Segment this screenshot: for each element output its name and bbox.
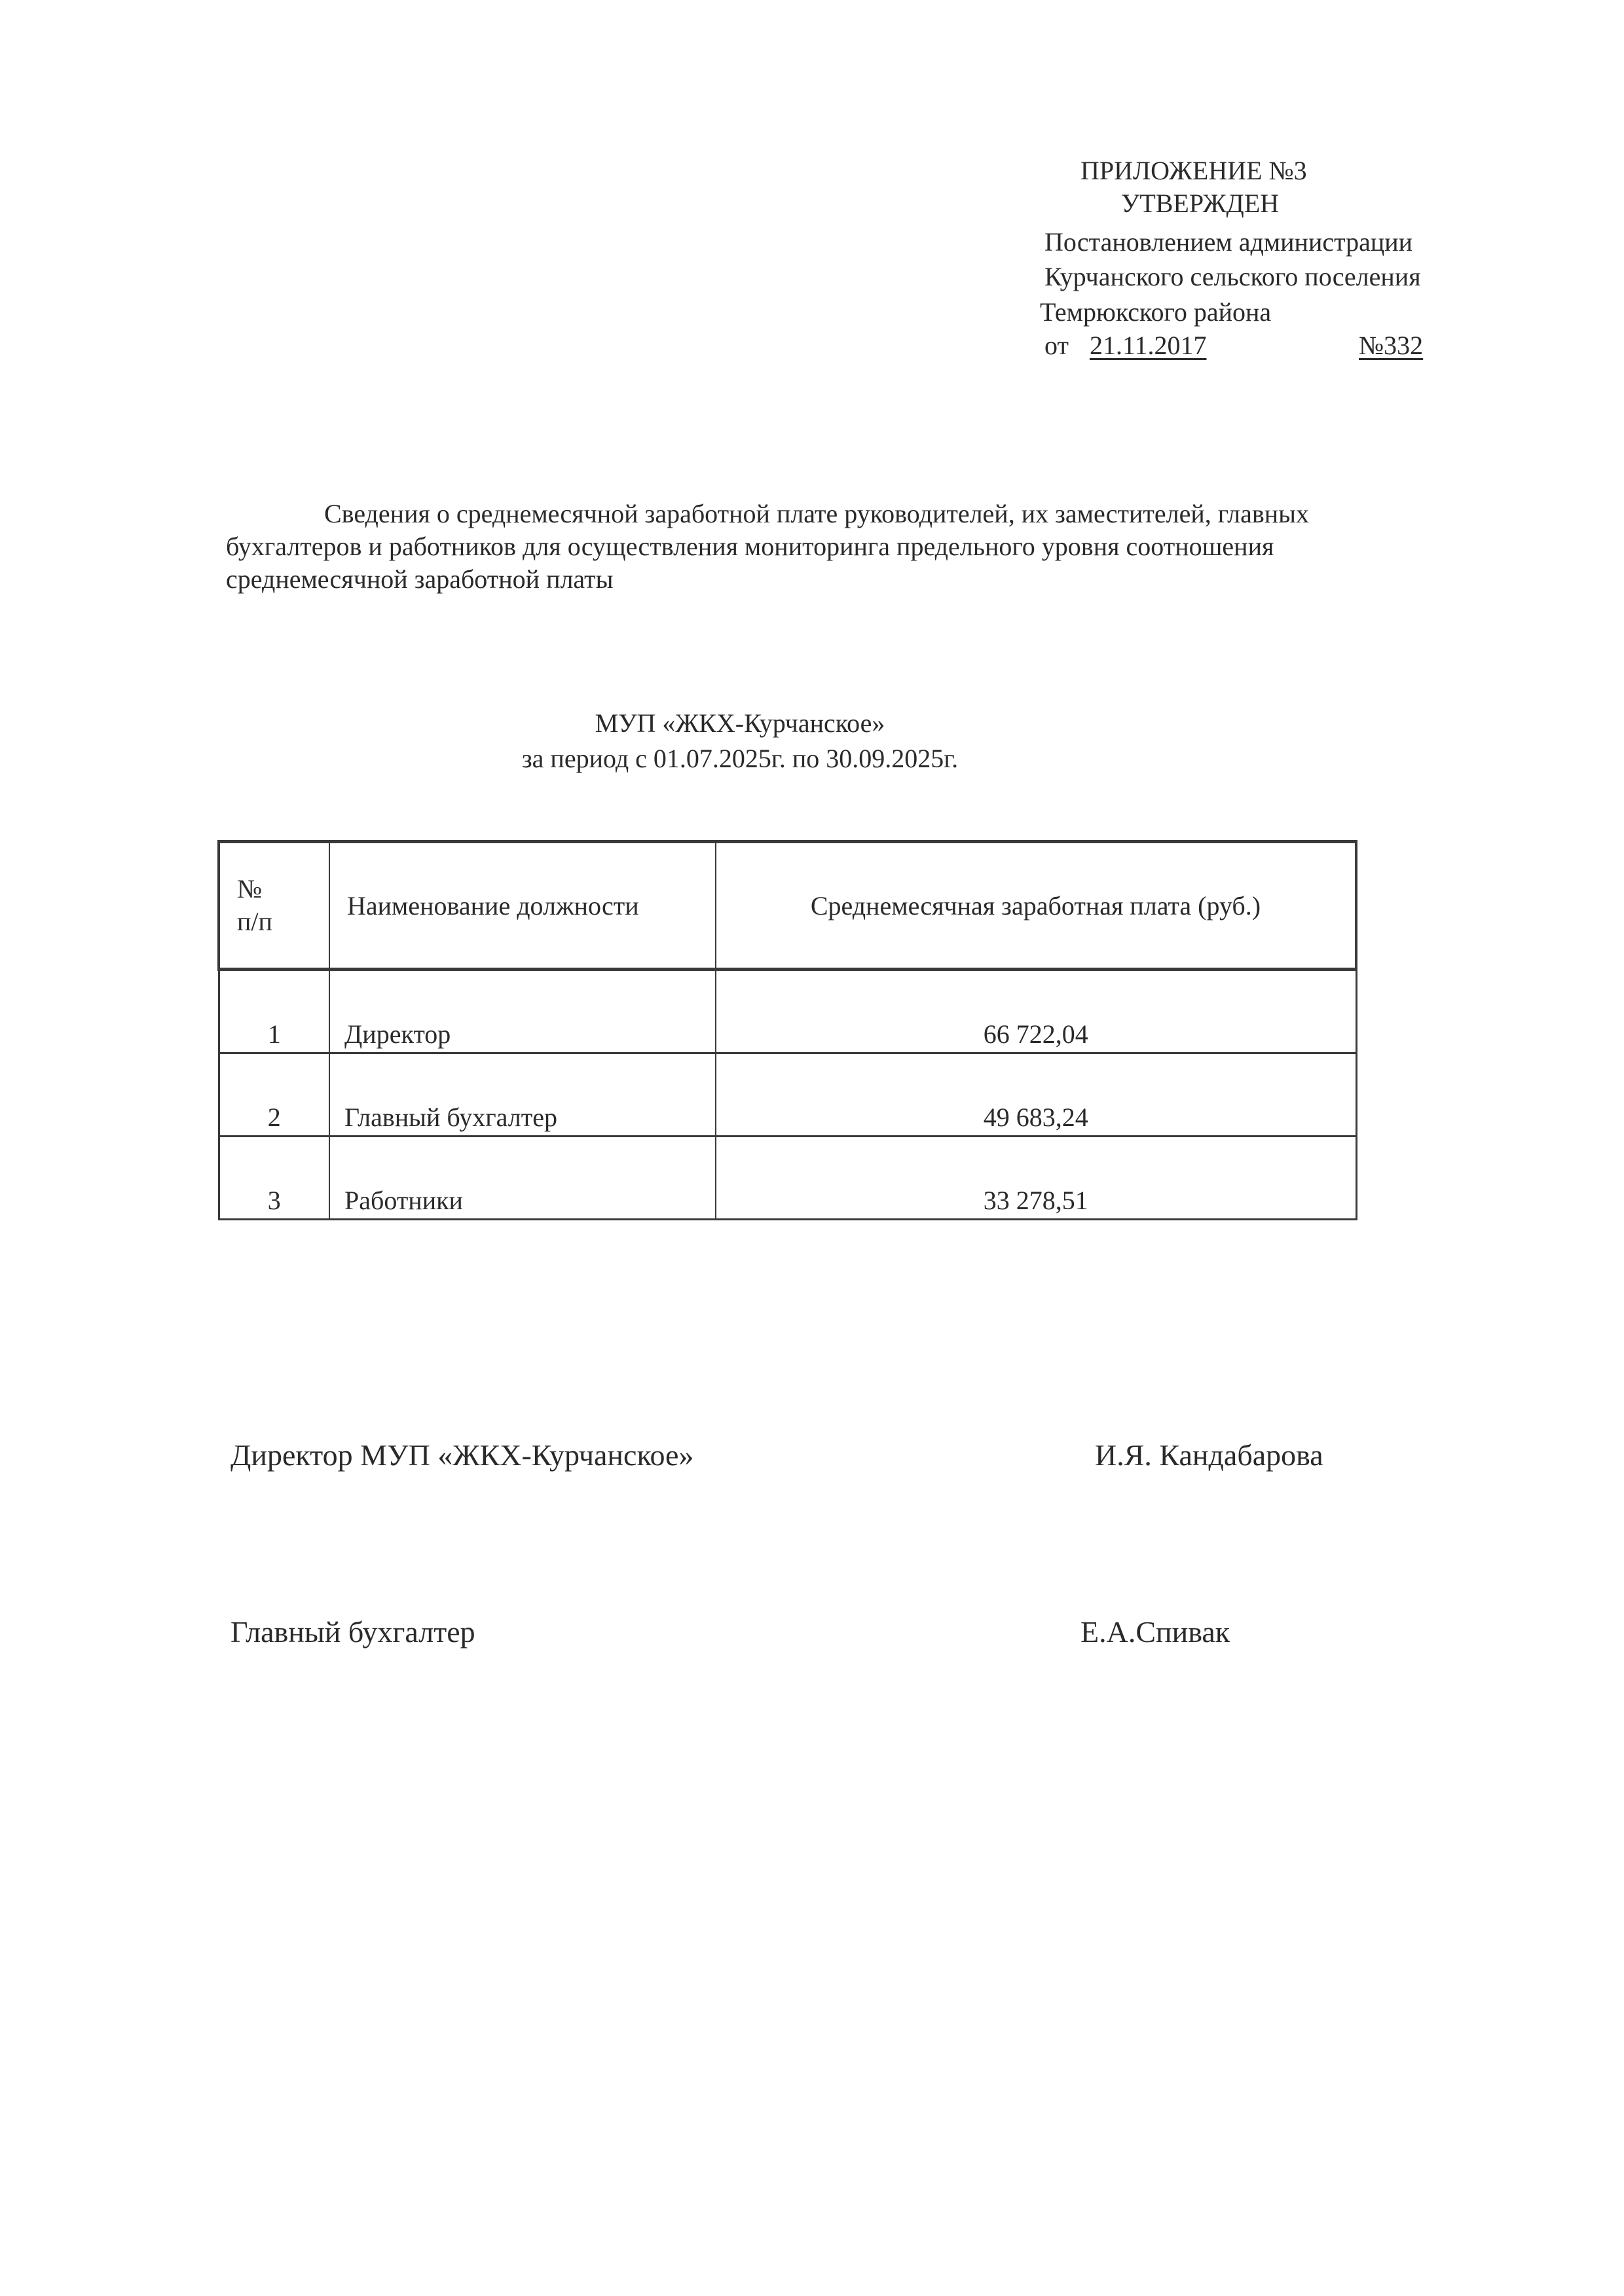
row-salary: 33 278,51 bbox=[716, 1137, 1356, 1220]
title-line-1: Сведения о среднемесячной заработной пла… bbox=[324, 499, 1309, 528]
approval-date-prefix: от bbox=[1044, 331, 1069, 360]
header-number-symbol: № bbox=[237, 873, 329, 905]
approval-appendix: ПРИЛОЖЕНИЕ №3 bbox=[1080, 155, 1307, 187]
approval-number: №332 bbox=[1359, 329, 1423, 362]
row-salary: 49 683,24 bbox=[716, 1053, 1356, 1137]
title-line-2: бухгалтеров и работников для осуществлен… bbox=[226, 530, 1470, 563]
approval-line-2: Курчанского сельского поселения bbox=[1044, 261, 1421, 293]
approval-line-3: Темрюкского района bbox=[1040, 296, 1271, 329]
row-position: Директор bbox=[329, 970, 716, 1053]
header-position: Наименование должности bbox=[329, 842, 716, 970]
table-header-row: № п/п Наименование должности Среднемесяч… bbox=[219, 842, 1356, 970]
header-salary: Среднемесячная заработная плата (руб.) bbox=[716, 842, 1356, 970]
table-row: 3 Работники 33 278,51 bbox=[219, 1137, 1356, 1220]
approval-date-row: от 21.11.2017 bbox=[1044, 329, 1206, 362]
table-row: 2 Главный бухгалтер 49 683,24 bbox=[219, 1053, 1356, 1137]
organization-name: МУП «ЖКХ-Курчанское» bbox=[413, 707, 1067, 740]
director-name: И.Я. Кандабарова bbox=[1095, 1437, 1323, 1474]
title-line-3: среднемесячной заработной платы bbox=[226, 563, 1470, 596]
row-salary: 66 722,04 bbox=[716, 970, 1356, 1053]
reporting-period: за период с 01.07.2025г. по 30.09.2025г. bbox=[413, 742, 1067, 775]
row-position: Главный бухгалтер bbox=[329, 1053, 716, 1137]
row-number: 2 bbox=[219, 1053, 329, 1137]
accountant-title: Главный бухгалтер bbox=[231, 1614, 475, 1650]
accountant-name: Е.А.Спивак bbox=[1080, 1614, 1230, 1650]
row-number: 1 bbox=[219, 970, 329, 1053]
table-row: 1 Директор 66 722,04 bbox=[219, 970, 1356, 1053]
header-number-label: п/п bbox=[237, 905, 329, 938]
approval-date: 21.11.2017 bbox=[1090, 331, 1207, 360]
document-title: Сведения о среднемесячной заработной пла… bbox=[226, 498, 1470, 596]
salary-table: № п/п Наименование должности Среднемесяч… bbox=[217, 840, 1357, 1220]
row-position: Работники bbox=[329, 1137, 716, 1220]
row-number: 3 bbox=[219, 1137, 329, 1220]
approval-line-1: Постановлением администрации bbox=[1044, 226, 1412, 259]
approval-approved: УТВЕРЖДЕН bbox=[1121, 187, 1279, 220]
director-title: Директор МУП «ЖКХ-Курчанское» bbox=[231, 1437, 693, 1474]
header-number: № п/п bbox=[219, 842, 329, 970]
